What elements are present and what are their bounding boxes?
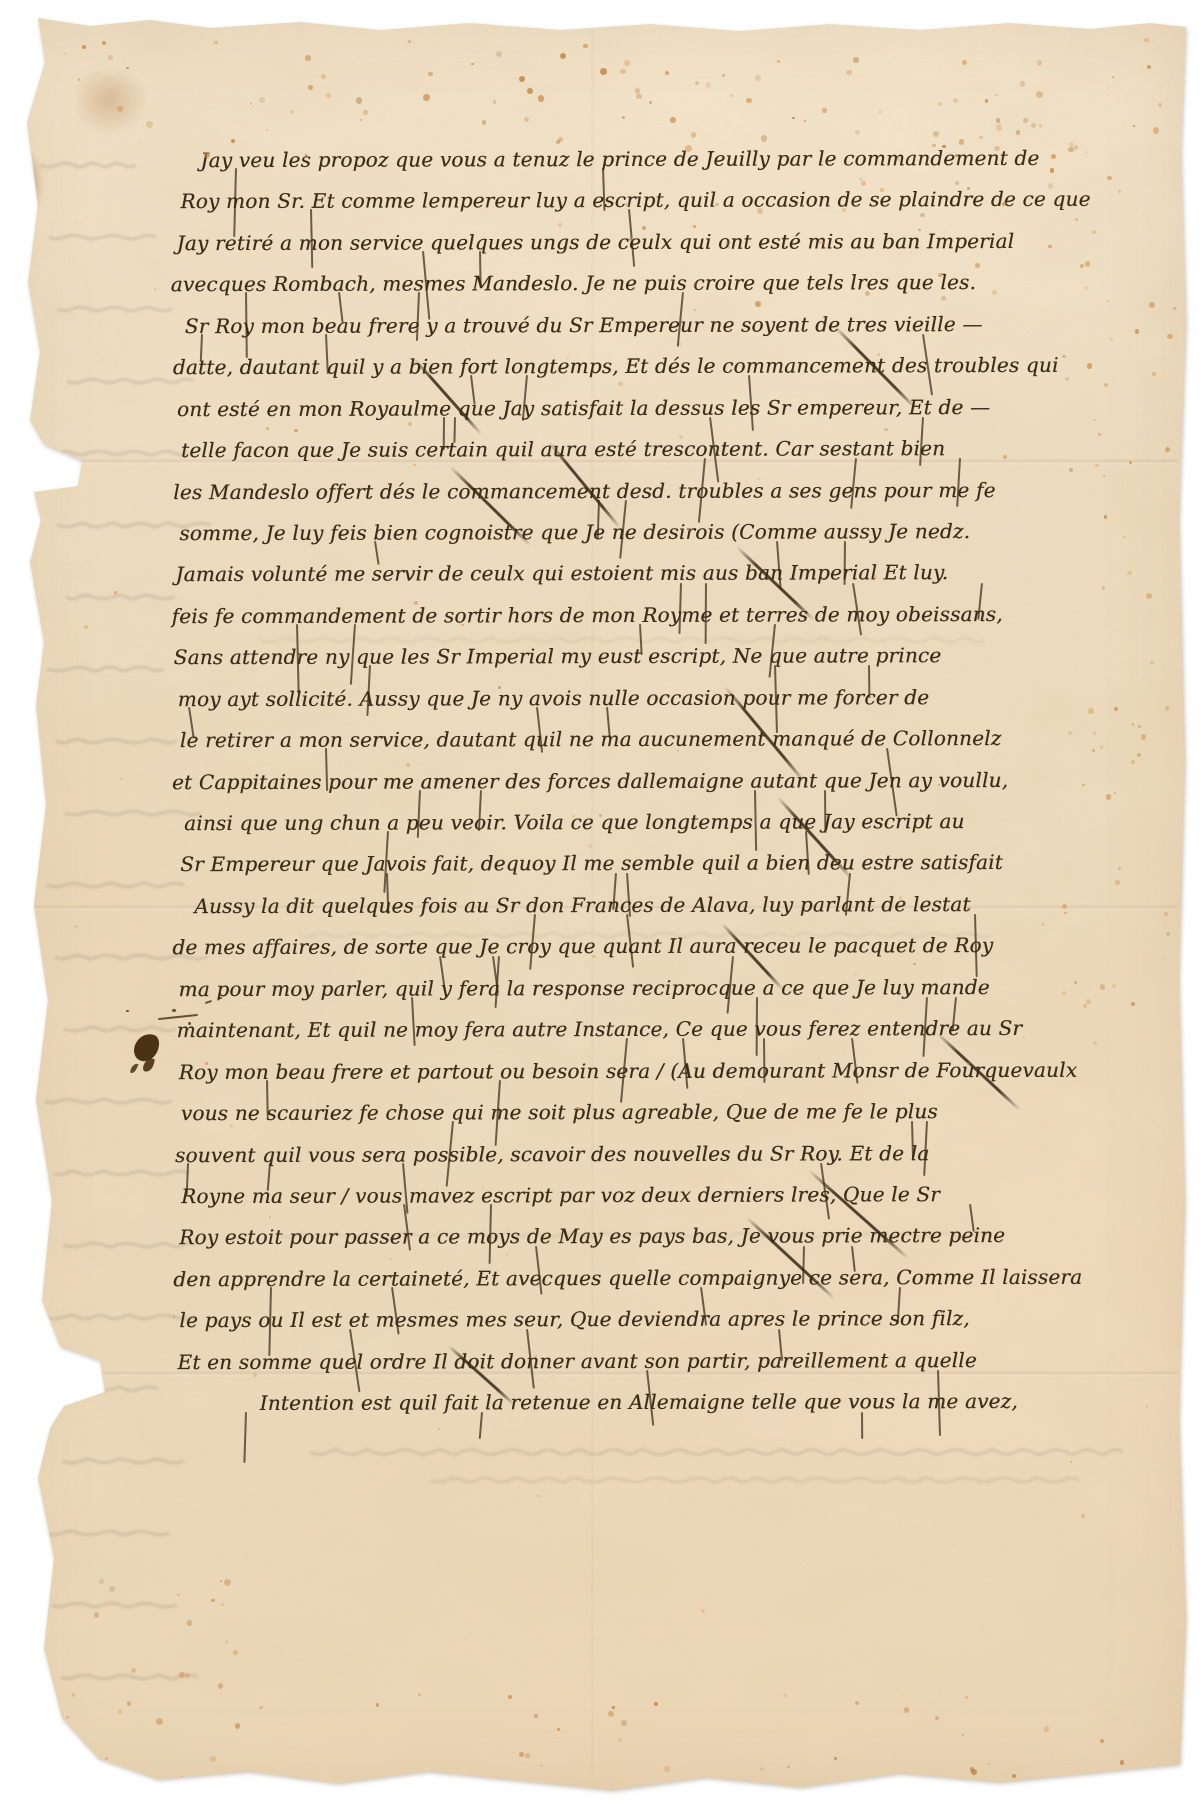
foxing-spot — [1031, 123, 1036, 128]
foxing-spot — [1082, 784, 1084, 786]
foxing-spot — [664, 1766, 670, 1772]
foxing-spot — [853, 57, 859, 63]
show-through-line — [52, 1603, 176, 1607]
foxing-spot — [1120, 1760, 1125, 1765]
foxing-spot — [1173, 307, 1176, 310]
foxing-spot — [1123, 536, 1125, 538]
manuscript-line: le retirer a mon service, dautant quil n… — [172, 726, 1082, 770]
foxing-spot — [1104, 383, 1108, 387]
foxing-spot — [1039, 124, 1042, 127]
foxing-spot — [1115, 880, 1119, 884]
foxing-spot — [376, 1703, 379, 1706]
foxing-spot — [1012, 1774, 1016, 1778]
foxing-spot — [1133, 125, 1135, 127]
foxing-spot — [1036, 91, 1043, 98]
foxing-spot — [935, 1716, 939, 1720]
foxing-spot — [996, 118, 1000, 122]
foxing-spot — [231, 139, 235, 143]
manuscript-line: Roy mon beau frere et partout ou besoin … — [173, 1057, 1083, 1101]
foxing-spot — [1092, 230, 1096, 234]
manuscript-line: Sr Empereur que Javois fait, dequoy Il m… — [172, 850, 1082, 894]
foxing-spot — [524, 117, 528, 121]
foxing-spot — [1020, 81, 1025, 86]
manuscript-line: Et en somme quel ordre Il doit donner av… — [173, 1347, 1083, 1391]
foxing-spot — [1149, 302, 1155, 308]
foxing-spot — [706, 82, 711, 87]
foxing-spot — [1110, 338, 1113, 341]
foxing-spot — [1088, 708, 1094, 714]
foxing-spot — [534, 1714, 538, 1718]
paper-shadow: Jay veu les propoz que vous a tenuz le p… — [0, 0, 1199, 1800]
manuscript-line: Royne ma seur / vous mavez escript par v… — [173, 1182, 1083, 1226]
foxing-spot — [1165, 447, 1170, 452]
foxing-spot — [537, 1495, 539, 1497]
foxing-spot — [72, 1693, 75, 1696]
manuscript-line: Jay veu les propoz que vous a tenuz le p… — [170, 146, 1080, 190]
foxing-spot — [691, 132, 696, 137]
manuscript-line: Roy mon Sr. Et comme lempereur luy a esc… — [170, 187, 1080, 231]
show-through-line — [47, 667, 163, 671]
foxing-spot — [1108, 87, 1110, 89]
foxing-spot — [114, 591, 117, 594]
foxing-spot — [1100, 1739, 1104, 1743]
show-through-line — [40, 163, 136, 167]
foxing-spot — [82, 45, 86, 49]
foxing-spot — [879, 111, 881, 113]
foxing-spot — [105, 1757, 108, 1760]
manuscript-line: Sans attendre ny que les Sr Imperial my … — [172, 643, 1082, 687]
foxing-spot — [792, 117, 794, 119]
foxing-spot — [621, 1720, 627, 1726]
corner-stain — [78, 72, 148, 136]
foxing-spot — [1093, 732, 1096, 735]
foxing-spot — [66, 1716, 69, 1719]
foxing-spot — [612, 1706, 615, 1709]
foxing-spot — [326, 93, 331, 98]
foxing-spot — [804, 120, 806, 122]
foxing-spot — [540, 1764, 543, 1767]
foxing-spot — [356, 97, 363, 104]
foxing-spot — [308, 85, 313, 90]
foxing-spot — [670, 117, 676, 123]
foxing-spot — [1144, 38, 1149, 43]
manuscript-line: Jamais volunté me servir de ceulx qui es… — [171, 560, 1081, 604]
foxing-spot — [527, 88, 532, 93]
manuscript-line: telle facon que Je suis certain quil aur… — [171, 436, 1081, 480]
foxing-spot — [1085, 151, 1087, 153]
manuscript-line: moy ayt sollicité. Aussy que Je ny avois… — [172, 684, 1082, 728]
foxing-spot — [1100, 746, 1103, 749]
foxing-spot — [635, 88, 640, 93]
ink-blot — [130, 1030, 163, 1066]
foxing-spot — [235, 1723, 241, 1729]
foxing-spot — [834, 1757, 837, 1760]
foxing-spot — [622, 116, 625, 119]
foxing-spot — [131, 1668, 136, 1673]
foxing-spot — [250, 102, 253, 105]
foxing-spot — [225, 1640, 228, 1643]
show-through-line — [62, 1459, 184, 1463]
foxing-spot — [970, 1767, 975, 1772]
foxing-spot — [933, 131, 939, 137]
foxing-spot — [1098, 433, 1101, 436]
foxing-spot — [996, 124, 1002, 130]
edge-stain — [15, 148, 43, 222]
foxing-spot — [493, 100, 496, 103]
foxing-spot — [1093, 1041, 1097, 1045]
foxing-spot — [618, 1738, 622, 1742]
foxing-spot — [428, 72, 432, 76]
foxing-spot — [624, 60, 630, 66]
manuscript-line: et Cappitaines pour me amener des forces… — [172, 767, 1082, 811]
foxing-spot — [1093, 419, 1096, 422]
foxing-spot — [1107, 300, 1109, 302]
foxing-spot — [99, 1579, 104, 1584]
foxing-spot — [156, 1718, 163, 1725]
manuscript-line: maintenant, Et quil ne moy fera autre In… — [173, 1016, 1083, 1060]
foxing-spot — [221, 1603, 224, 1606]
manuscript-line: somme, Je luy feis bien cognoistre que J… — [171, 519, 1081, 563]
foxing-spot — [608, 1711, 614, 1717]
foxing-spot — [290, 110, 294, 114]
foxing-spot — [154, 288, 156, 290]
manuscript-line: Jay retiré a mon service quelques ungs d… — [171, 229, 1081, 273]
foxing-spot — [360, 119, 362, 121]
foxing-spot — [1083, 1004, 1087, 1008]
show-through-line — [430, 1478, 1079, 1482]
foxing-spot — [952, 1545, 954, 1547]
foxing-spot — [259, 97, 265, 103]
foxing-spot — [979, 136, 983, 140]
show-through-line — [310, 1450, 1123, 1455]
manuscript-line: ainsi que ung chun a peu veoir. Voila ce… — [172, 809, 1082, 853]
show-through-line — [45, 1099, 172, 1103]
foxing-spot — [1132, 723, 1135, 726]
foxing-spot — [971, 1769, 977, 1775]
foxing-spot — [525, 1753, 530, 1758]
foxing-spot — [611, 1706, 614, 1709]
foxing-spot — [519, 1752, 524, 1757]
manuscript-line: Roy estoit pour passer a ce moys de May … — [173, 1223, 1083, 1267]
foxing-spot — [245, 1504, 247, 1506]
foxing-spot — [1131, 1002, 1135, 1006]
foxing-spot — [1037, 60, 1043, 66]
foxing-spot — [259, 1706, 262, 1709]
foxing-spot — [560, 53, 566, 59]
foxing-spot — [1164, 912, 1167, 915]
foxing-spot — [855, 1701, 859, 1705]
foxing-spot — [109, 1586, 115, 1592]
foxing-spot — [722, 74, 726, 78]
foxing-spot — [959, 139, 965, 145]
foxing-spot — [1044, 1726, 1050, 1732]
manuscript-line: datte, dautant quil y a bien fort longte… — [171, 353, 1081, 397]
foxing-spot — [1023, 118, 1028, 123]
foxing-spot — [995, 94, 998, 97]
foxing-spot — [556, 140, 560, 144]
foxing-spot — [1147, 65, 1151, 69]
foxing-spot — [1080, 264, 1084, 268]
foxing-spot — [1070, 1461, 1072, 1463]
foxing-spot — [695, 81, 699, 85]
foxing-spot — [1081, 1514, 1085, 1518]
foxing-spot — [1158, 103, 1162, 107]
foxing-spot — [1084, 286, 1088, 290]
foxing-spot — [1166, 932, 1170, 936]
show-through-line — [48, 451, 189, 455]
manuscript-line: Sr Roy mon beau frere y a trouvé du Sr E… — [171, 312, 1081, 356]
show-through-line — [64, 1027, 175, 1031]
manuscript-line: avecques Rombach, mesmes Mandeslo. Je ne… — [171, 270, 1081, 314]
show-through-line — [66, 595, 175, 599]
foxing-spot — [1137, 753, 1141, 757]
foxing-spot — [1146, 1406, 1148, 1408]
foxing-spot — [305, 55, 310, 60]
show-through-line — [46, 883, 184, 887]
foxing-spot — [1100, 984, 1106, 990]
foxing-spot — [636, 94, 642, 100]
foxing-spot — [761, 135, 767, 141]
foxing-spot — [177, 1594, 179, 1596]
foxing-spot — [1138, 725, 1141, 728]
manuscript-page: Jay veu les propoz que vous a tenuz le p… — [0, 0, 1199, 1800]
foxing-spot — [777, 60, 780, 63]
manuscript-line: les Mandeslo offert dés le commancement … — [171, 477, 1081, 521]
foxing-spot — [538, 95, 544, 101]
foxing-spot — [1106, 794, 1112, 800]
foxing-spot — [846, 70, 852, 76]
manuscript-line: den apprendre la certaineté, Et avecques… — [173, 1265, 1083, 1309]
foxing-spot — [938, 102, 942, 106]
foxing-spot — [1016, 130, 1021, 135]
foxing-spot — [557, 1728, 560, 1731]
foxing-spot — [1167, 334, 1173, 340]
foxing-spot — [654, 1702, 658, 1706]
foxing-spot — [1131, 760, 1135, 764]
foxing-spot — [187, 1620, 192, 1625]
foxing-spot — [962, 60, 967, 65]
foxing-spot — [558, 137, 563, 142]
foxing-spot — [1112, 76, 1114, 78]
foxing-spot — [508, 1695, 511, 1698]
foxing-spot — [787, 1766, 790, 1769]
foxing-spot — [185, 1673, 190, 1678]
foxing-spot — [1112, 984, 1116, 988]
foxing-spot — [755, 75, 762, 82]
foxing-spot — [1114, 792, 1116, 794]
foxing-spot — [1150, 661, 1153, 664]
foxing-spot — [266, 129, 268, 131]
foxing-spot — [760, 1767, 764, 1771]
scan-background: Jay veu les propoz que vous a tenuz le p… — [0, 0, 1199, 1800]
foxing-spot — [1153, 127, 1160, 134]
foxing-spot — [471, 63, 473, 65]
foxing-spot — [220, 1580, 222, 1582]
foxing-spot — [1165, 706, 1169, 710]
letter-text-block: Jay veu les propoz que vous a tenuz le p… — [170, 146, 1083, 1433]
manuscript-line: Intention est quil fait la retenue en Al… — [174, 1389, 1084, 1433]
foxing-spot — [423, 94, 429, 100]
foxing-spot — [211, 1599, 215, 1603]
manuscript-line: souvent quil vous sera possible, scavoir… — [173, 1140, 1083, 1184]
foxing-spot — [665, 71, 669, 75]
foxing-spot — [1103, 475, 1106, 478]
foxing-spot — [746, 98, 752, 104]
ink-speck — [126, 1010, 129, 1012]
foxing-spot — [482, 120, 486, 124]
foxing-spot — [904, 1707, 910, 1713]
show-through-line — [43, 1531, 170, 1535]
foxing-spot — [730, 94, 733, 97]
manuscript-line: ma pour moy parler, quil y fera la respo… — [172, 975, 1082, 1019]
foxing-spot — [620, 69, 626, 75]
foxing-spot — [363, 110, 368, 115]
foxing-spot — [1152, 372, 1156, 376]
foxing-spot — [1096, 1779, 1099, 1782]
foxing-spot — [822, 108, 827, 113]
manuscript-line: Aussy la dit quelques fois au Sr don Fra… — [172, 892, 1082, 936]
foxing-spot — [84, 625, 88, 629]
foxing-spot — [1127, 571, 1132, 576]
manuscript-line: ont esté en mon Royaulme que Jay satisfa… — [171, 394, 1081, 438]
foxing-spot — [210, 1756, 216, 1762]
foxing-spot — [1118, 867, 1121, 870]
foxing-spot — [1118, 190, 1121, 193]
foxing-spot — [1086, 999, 1091, 1004]
foxing-spot — [701, 1609, 705, 1613]
foxing-spot — [1087, 363, 1093, 369]
manuscript-line: de mes affaires, de sorte que Je croy qu… — [172, 933, 1082, 977]
foxing-spot — [855, 130, 860, 135]
foxing-spot — [496, 51, 502, 57]
show-through-line — [58, 307, 173, 311]
foxing-spot — [179, 1672, 186, 1679]
show-through-line — [61, 1675, 197, 1679]
foxing-spot — [94, 1612, 100, 1618]
foxing-spot — [600, 68, 607, 75]
foxing-spot — [1146, 593, 1152, 599]
foxing-spot — [1114, 707, 1119, 712]
foxing-spot — [1092, 749, 1095, 752]
foxing-spot — [120, 778, 122, 780]
show-through-line — [56, 739, 177, 743]
foxing-spot — [962, 1734, 964, 1736]
foxing-spot — [126, 67, 128, 69]
manuscript-line: feis fe commandement de sortir hors de m… — [172, 602, 1082, 646]
foxing-spot — [649, 101, 652, 104]
manuscript-line: vous ne scauriez fe chose qui me soit pl… — [173, 1099, 1083, 1143]
foxing-spot — [118, 1709, 122, 1713]
foxing-spot — [214, 41, 217, 44]
foxing-spot — [233, 1650, 238, 1655]
foxing-spot — [1104, 515, 1107, 518]
foxing-spot — [218, 1683, 223, 1688]
foxing-spot — [519, 76, 525, 82]
foxing-spot — [583, 44, 588, 49]
foxing-spot — [1085, 261, 1090, 266]
foxing-spot — [127, 1701, 131, 1705]
foxing-spot — [1102, 586, 1106, 590]
foxing-spot — [108, 55, 113, 60]
foxing-spot — [321, 74, 326, 79]
foxing-spot — [988, 1763, 990, 1765]
manuscript-line: le pays ou Il est et mesmes mes seur, Qu… — [173, 1306, 1083, 1350]
foxing-spot — [180, 1776, 184, 1780]
foxing-spot — [985, 99, 988, 102]
foxing-spot — [953, 98, 958, 103]
show-through-line — [49, 235, 156, 239]
foxing-spot — [64, 53, 67, 56]
foxing-spot — [418, 1693, 421, 1696]
foxing-spot — [1141, 734, 1147, 740]
foxing-spot — [74, 925, 78, 929]
foxing-spot — [1135, 329, 1140, 334]
foxing-spot — [965, 1696, 968, 1699]
foxing-spot — [118, 1773, 120, 1775]
show-through-line — [54, 1171, 189, 1175]
foxing-spot — [408, 40, 411, 43]
foxing-spot — [1107, 176, 1111, 180]
foxing-spot — [224, 1579, 231, 1586]
foxing-spot — [783, 1694, 786, 1697]
foxing-spot — [1095, 464, 1099, 468]
show-through-line — [53, 1387, 158, 1391]
foxing-spot — [102, 41, 106, 45]
